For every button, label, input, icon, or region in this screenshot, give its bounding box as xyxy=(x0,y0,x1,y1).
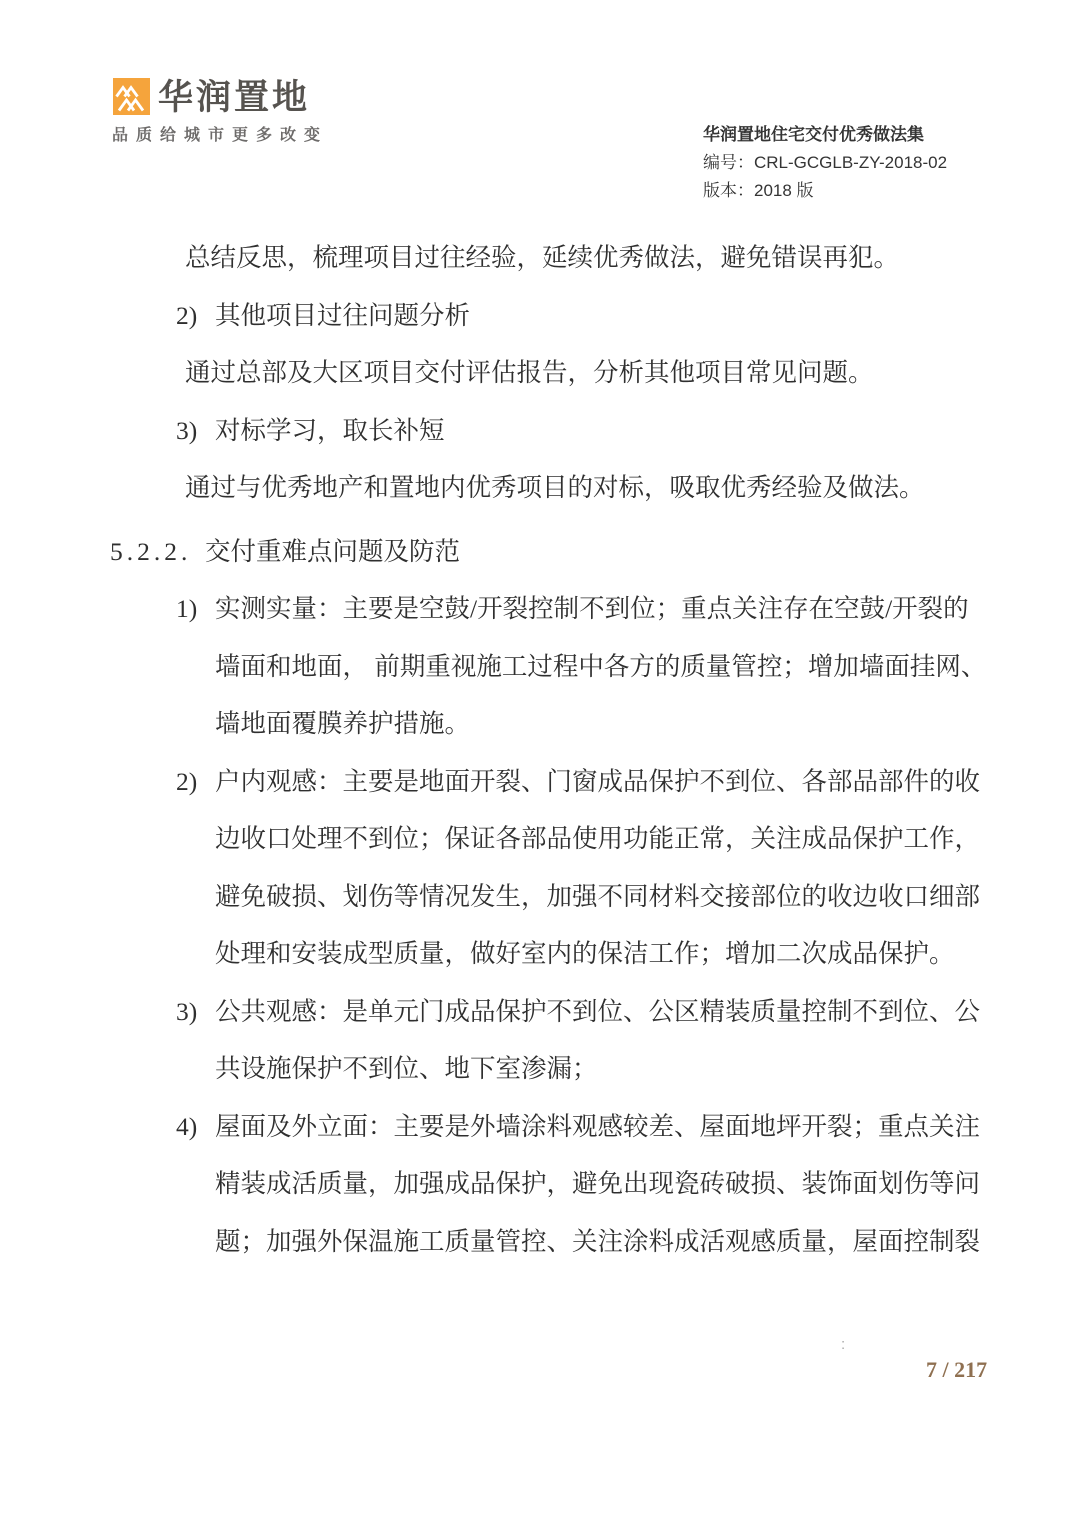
line-text: 墙地面覆膜养护措施。 xyxy=(215,709,470,738)
body-line: 通过与优秀地产和置地内优秀项目的对标，吸取优秀经验及做法。 xyxy=(110,459,995,517)
body-line: 墙地面覆膜养护措施。 xyxy=(110,695,995,753)
line-text: 实测实量：主要是空鼓/开裂控制不到位；重点关注存在空鼓/开裂的 xyxy=(215,594,969,623)
body-line: 总结反思，梳理项目过往经验，延续优秀做法，避免错误再犯。 xyxy=(110,229,995,287)
company-logo-name: 华润置地 xyxy=(158,79,310,117)
body-line: 避免破损、划伤等情况发生，加强不同材料交接部位的收边收口细部 xyxy=(110,868,995,926)
line-text: 公共观感：是单元门成品保护不到位、公区精装质量控制不到位、公 xyxy=(215,997,980,1026)
body-line: 3)对标学习，取长补短 xyxy=(110,402,995,460)
body-line: 3)公共观感：是单元门成品保护不到位、公区精装质量控制不到位、公 xyxy=(110,983,995,1041)
body-line: 2)其他项目过往问题分析 xyxy=(110,287,995,345)
list-marker: 1) xyxy=(176,580,215,638)
line-text: 通过与优秀地产和置地内优秀项目的对标，吸取优秀经验及做法。 xyxy=(185,473,925,502)
list-marker: 3) xyxy=(176,402,215,460)
body-line: 通过总部及大区项目交付评估报告，分析其他项目常见问题。 xyxy=(110,344,995,402)
line-text: 处理和安装成型质量，做好室内的保洁工作；增加二次成品保护。 xyxy=(215,939,955,968)
list-marker: 2) xyxy=(176,753,215,811)
line-text: 边收口处理不到位；保证各部品使用功能正常，关注成品保护工作， xyxy=(215,824,980,853)
line-text: 题；加强外保温施工质量管控、关注涂料成活观感质量，屋面控制裂 xyxy=(215,1227,980,1256)
document-page: 华润置地 品质给城市更多改变 华润置地住宅交付优秀做法集 编号：CRL-GCGL… xyxy=(0,0,1080,1527)
body-line: 1)实测实量：主要是空鼓/开裂控制不到位；重点关注存在空鼓/开裂的 xyxy=(110,580,995,638)
company-slogan: 品质给城市更多改变 xyxy=(112,122,328,145)
crland-mountain-logo-icon xyxy=(113,78,150,115)
line-text: 墙面和地面， 前期重视施工过程中各方的质量管控；增加墙面挂网、 xyxy=(215,652,986,681)
list-marker: 4) xyxy=(176,1098,215,1156)
body-line: 处理和安装成型质量，做好室内的保洁工作；增加二次成品保护。 xyxy=(110,925,995,983)
section-heading: 5.2.2.交付重难点问题及防范 xyxy=(110,523,995,581)
document-title: 华润置地住宅交付优秀做法集 xyxy=(703,121,947,149)
body-line: 边收口处理不到位；保证各部品使用功能正常，关注成品保护工作， xyxy=(110,810,995,868)
line-text: 户内观感：主要是地面开裂、门窗成品保护不到位、各部品部件的收 xyxy=(215,767,980,796)
stray-mark: : xyxy=(841,1336,845,1353)
line-text: 通过总部及大区项目交付评估报告，分析其他项目常见问题。 xyxy=(185,358,874,387)
line-text: 避免破损、划伤等情况发生，加强不同材料交接部位的收边收口细部 xyxy=(215,882,980,911)
body-line: 精装成活质量，加强成品保护，避免出现瓷砖破损、装饰面划伤等问 xyxy=(110,1155,995,1213)
document-version: 版本：2018 版 xyxy=(703,177,947,205)
line-text: 精装成活质量，加强成品保护，避免出现瓷砖破损、装饰面划伤等问 xyxy=(215,1169,980,1198)
document-info-block: 华润置地住宅交付优秀做法集 编号：CRL-GCGLB-ZY-2018-02 版本… xyxy=(703,121,947,205)
document-body: 总结反思，梳理项目过往经验，延续优秀做法，避免错误再犯。2)其他项目过往问题分析… xyxy=(110,229,995,1270)
document-number: 编号：CRL-GCGLB-ZY-2018-02 xyxy=(703,149,947,177)
line-text: 其他项目过往问题分析 xyxy=(215,301,470,330)
list-marker: 2) xyxy=(176,287,215,345)
list-marker: 3) xyxy=(176,983,215,1041)
body-line: 题；加强外保温施工质量管控、关注涂料成活观感质量，屋面控制裂 xyxy=(110,1213,995,1271)
line-text: 共设施保护不到位、地下室渗漏； xyxy=(215,1054,598,1083)
line-text: 交付重难点问题及防范 xyxy=(205,537,460,566)
heading-number: 5.2.2. xyxy=(110,523,205,581)
line-text: 屋面及外立面：主要是外墙涂料观感较差、屋面地坪开裂；重点关注 xyxy=(215,1112,980,1141)
body-line: 4)屋面及外立面：主要是外墙涂料观感较差、屋面地坪开裂；重点关注 xyxy=(110,1098,995,1156)
line-text: 总结反思，梳理项目过往经验，延续优秀做法，避免错误再犯。 xyxy=(185,243,899,272)
body-line: 墙面和地面， 前期重视施工过程中各方的质量管控；增加墙面挂网、 xyxy=(110,638,995,696)
body-line: 2)户内观感：主要是地面开裂、门窗成品保护不到位、各部品部件的收 xyxy=(110,753,995,811)
page-number: 7 / 217 xyxy=(926,1357,987,1383)
body-line: 共设施保护不到位、地下室渗漏； xyxy=(110,1040,995,1098)
line-text: 对标学习，取长补短 xyxy=(215,416,445,445)
